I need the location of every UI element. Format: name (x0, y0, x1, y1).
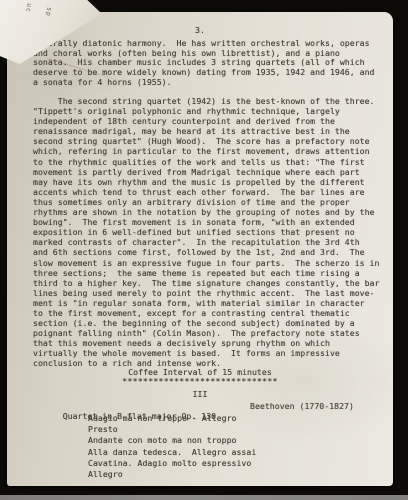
document-page: 3. generally diatonic harmony. He has wr… (7, 12, 393, 486)
scan-edge-strip (0, 495, 408, 500)
section-numeral: III (34, 389, 366, 399)
paragraph-second-quartet: The second string quartet (1942) is the … (33, 96, 379, 369)
movement-list: Adagio ma non troppo - Allegro Presto An… (88, 413, 256, 480)
asterisk-divider: ****************************** (34, 376, 366, 386)
corner-text-fragment: sp (44, 6, 54, 17)
paragraph-tippett-intro: generally diatonic harmony. He has writt… (33, 39, 375, 88)
corner-text-fragment: uc (24, 2, 34, 13)
scan-backdrop: 3. generally diatonic harmony. He has wr… (0, 0, 408, 500)
composer-name: Beethoven (1770-1827) (250, 401, 354, 411)
